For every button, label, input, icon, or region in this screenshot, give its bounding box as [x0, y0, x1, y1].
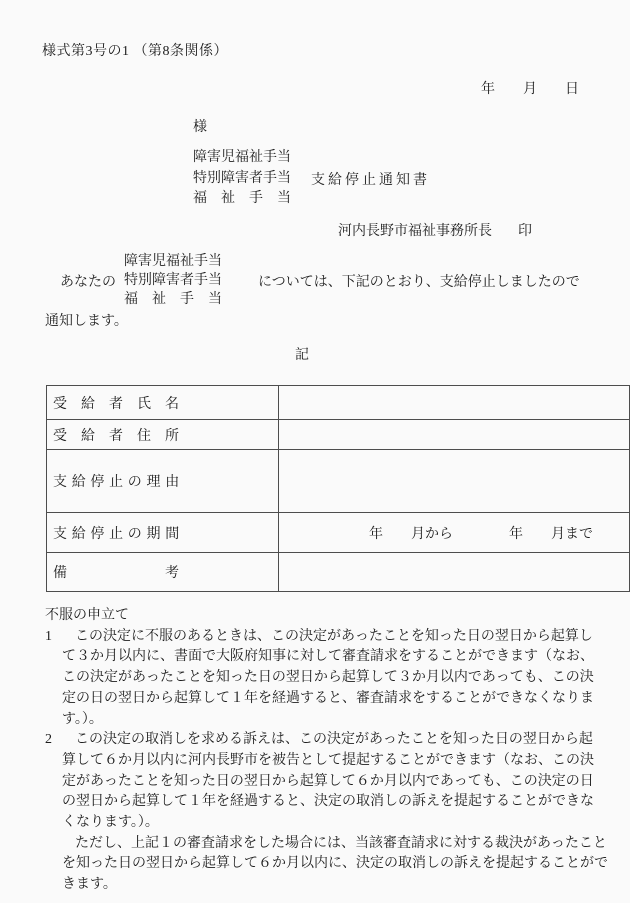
table-row-suspension-reason: 支給停止の理由 — [47, 450, 630, 513]
benefit-name: 障害児福祉手当 — [124, 252, 236, 271]
issuer-name: 河内長野市福祉事務所長 — [338, 224, 492, 239]
notice-title: 支給停止通知書 — [311, 169, 430, 189]
appeal-text-line: す。）。 — [62, 710, 630, 731]
benefit-name: 福祉手当 — [193, 189, 305, 210]
appeal-text-line: この決定の取消しを求める訴えは、この決定があったことを知った日の翌日から起 — [75, 732, 593, 747]
benefit-name-stack: 障害児福祉手当 特別障害者手当 福祉手当 — [124, 252, 236, 309]
recipient-name-value — [279, 386, 630, 420]
table-row-remarks: 備考 — [47, 553, 630, 592]
document-page: 様式第3号の1 （第8条関係） 年 月 日 様 障害児福祉手当 特別障害者手当 … — [0, 0, 630, 903]
appeal-text-line: 定があったことを知った日の翌日から起算して６か月以内であっても、この決定の日 — [62, 772, 630, 793]
appeal-item-2: 2この決定の取消しを求める訴えは、この決定があったことを知った日の翌日から起 — [45, 730, 630, 751]
appeal-text-line: くなります。）。 — [62, 813, 630, 834]
item-number: 1 — [45, 627, 75, 648]
appeal-heading: 不服の申立て — [45, 606, 630, 627]
body-suffix: については、下記のとおり、支給停止しましたので — [258, 271, 580, 291]
table-row-recipient-name: 受給者氏名 — [47, 386, 630, 420]
item-number: 2 — [45, 730, 75, 751]
table-row-suspension-period: 支給停止の期間 年 月から 年 月まで — [47, 513, 630, 553]
closing-text: 通知します。 — [45, 310, 128, 330]
appeal-item-1: 1この決定に不服のあるときは、この決定があったことを知った日の翌日から起算し — [45, 627, 630, 648]
appeal-proviso-line: ただし、上記１の審査請求をした場合には、当該審査請求に対する裁決があったこと — [75, 834, 630, 855]
form-number: 様式第3号の1 （第8条関係） — [42, 40, 228, 60]
benefit-name: 特別障害者手当 — [124, 271, 236, 290]
appeal-text-line: 算して６か月以内に河内長野市を被告として提起することができます（なお、この決 — [62, 751, 630, 772]
benefit-name: 福祉手当 — [124, 290, 236, 309]
recipient-name-label: 受給者氏名 — [47, 386, 279, 420]
suspension-period-value: 年 月から 年 月まで — [279, 513, 630, 553]
body-prefix: あなたの — [60, 271, 116, 291]
seal-mark: 印 — [518, 224, 532, 239]
appeal-text-line: この決定に不服のあるときは、この決定があったことを知った日の翌日から起算し — [75, 629, 593, 644]
appeal-text-line: の翌日から起算して１年を経過すると、決定の取消しの訴えを提起することができな — [62, 792, 630, 813]
appeal-text-line: 定の日の翌日から起算して１年を経過すると、審査請求をすることができなくなりま — [62, 689, 630, 710]
ki-marker: 記 — [295, 344, 309, 364]
recipient-address-label: 受給者住所 — [47, 420, 279, 450]
recipient-address-value — [279, 420, 630, 450]
suspension-period-label: 支給停止の期間 — [47, 513, 279, 553]
appeal-proviso-line: きます。 — [62, 875, 630, 896]
date-blank-line: 年 月 日 — [481, 78, 579, 98]
addressee-suffix: 様 — [193, 116, 207, 136]
appeal-text-line: て３か月以内に、書面で大阪府知事に対して審査請求をすることができます（なお、 — [62, 647, 630, 668]
remarks-label: 備考 — [47, 553, 279, 592]
benefit-name-stack: 障害児福祉手当 特別障害者手当 福祉手当 — [193, 148, 305, 210]
notice-table: 受給者氏名 受給者住所 支給停止の理由 支給停止の期間 年 月から 年 月まで … — [46, 385, 630, 592]
suspension-reason-value — [279, 450, 630, 513]
body-paragraph: あなたの 障害児福祉手当 特別障害者手当 福祉手当 については、下記のとおり、支… — [60, 252, 580, 309]
appeal-section: 不服の申立て 1この決定に不服のあるときは、この決定があったことを知った日の翌日… — [45, 606, 630, 896]
table-row-recipient-address: 受給者住所 — [47, 420, 630, 450]
appeal-text-line: この決定があったことを知った日の翌日から起算して３か月以内であっても、この決 — [62, 668, 630, 689]
issuer-line: 河内長野市福祉事務所長印 — [338, 220, 532, 240]
suspension-reason-label: 支給停止の理由 — [47, 450, 279, 513]
title-block: 障害児福祉手当 特別障害者手当 福祉手当 支給停止通知書 — [193, 148, 430, 210]
benefit-name: 特別障害者手当 — [193, 169, 305, 190]
appeal-proviso-line: を知った日の翌日から起算して６か月以内に、決定の取消しの訴えを提起することがで — [62, 854, 630, 875]
remarks-value — [279, 553, 630, 592]
benefit-name: 障害児福祉手当 — [193, 148, 305, 169]
